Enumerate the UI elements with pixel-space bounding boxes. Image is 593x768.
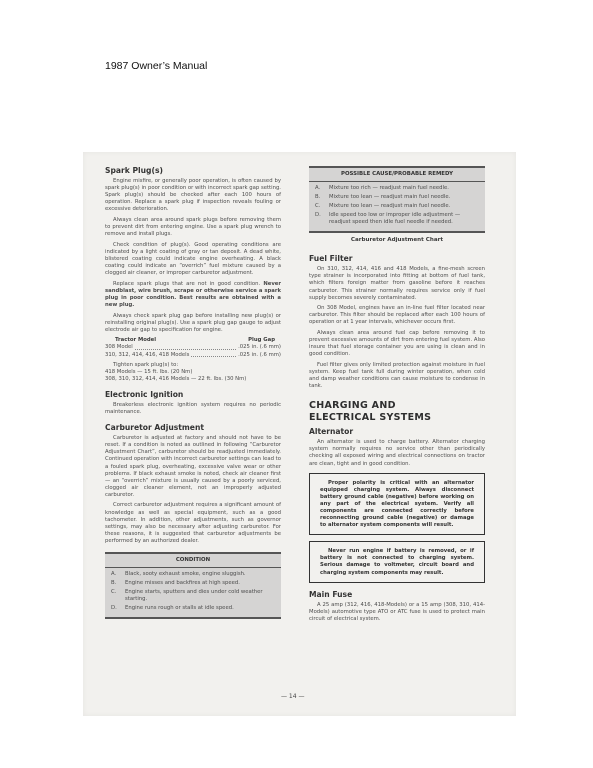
table-row: D.Engine runs rough or stalls at idle sp…	[111, 605, 275, 612]
replace-plain-text: Replace spark plugs that are not in good…	[113, 281, 260, 287]
leader-dots	[135, 344, 236, 349]
table-row: D.Idle speed too low or improper idle ad…	[315, 212, 479, 227]
row-text: Engine misses and backfires at high spee…	[125, 580, 275, 587]
torque-row: 418 Models — 15 ft. lbs. (20 Nm)	[105, 369, 281, 376]
remedy-table: POSSIBLE CAUSE/PROBABLE REMEDY A.Mixture…	[309, 166, 485, 233]
paragraph: Engine misfire, or generally poor operat…	[105, 178, 281, 213]
row-key: A.	[315, 185, 329, 192]
fuel-filter-section: Fuel Filter On 310, 312, 414, 416 and 41…	[309, 254, 485, 390]
gap-cell: .025 in. (.6 mm)	[238, 344, 281, 351]
row-text: Mixture too lean — readjust main fuel ne…	[329, 194, 479, 201]
row-text: Engine starts, sputters and dies under c…	[125, 589, 275, 604]
row-key: A.	[111, 571, 125, 578]
right-column: POSSIBLE CAUSE/PROBABLE REMEDY A.Mixture…	[309, 166, 485, 630]
table-row: 310, 312, 414, 416, 418 Models .025 in. …	[105, 352, 281, 359]
main-fuse-section: Main Fuse A 25 amp (312, 416, 418-Models…	[309, 590, 485, 623]
warning-text: Proper polarity is critical with an alte…	[320, 480, 474, 530]
col-tractor-model: Tractor Model	[115, 337, 156, 344]
carburetor-heading: Carburetor Adjustment	[105, 423, 281, 433]
paragraph: An alternator is used to charge battery.…	[309, 439, 485, 467]
row-key: D.	[315, 212, 329, 227]
condition-table: CONDITION A.Black, sooty exhaust smoke, …	[105, 552, 281, 619]
paragraph: Always clean area around fuel cap before…	[309, 330, 485, 358]
scanned-manual-page: Spark Plug(s) Engine misfire, or general…	[83, 152, 516, 716]
carburetor-section: Carburetor Adjustment Carburetor is adju…	[105, 423, 281, 545]
battery-warning-box: Never run engine if battery is removed, …	[309, 541, 485, 582]
paragraph: Always check spark plug gap before insta…	[105, 313, 281, 334]
row-key: C.	[111, 589, 125, 604]
row-text: Engine runs rough or stalls at idle spee…	[125, 605, 275, 612]
table-row: B.Engine misses and backfires at high sp…	[111, 580, 275, 587]
electronic-ignition-heading: Electronic Ignition	[105, 390, 281, 400]
model-cell: 310, 312, 414, 416, 418 Models	[105, 352, 189, 359]
paragraph: A 25 amp (312, 416, 418-Models) or a 15 …	[309, 602, 485, 623]
spark-plugs-heading: Spark Plug(s)	[105, 166, 281, 176]
table-row: A.Black, sooty exhaust smoke, engine slu…	[111, 571, 275, 578]
polarity-warning-box: Proper polarity is critical with an alte…	[309, 473, 485, 536]
replace-paragraph: Replace spark plugs that are not in good…	[105, 281, 281, 309]
torque-specs: Tighten spark plug(s) to: 418 Models — 1…	[105, 362, 281, 383]
gap-cell: .025 in. (.6 mm)	[238, 352, 281, 359]
table-row: B.Mixture too lean — readjust main fuel …	[315, 194, 479, 201]
table-row: A.Mixture too rich — readjust main fuel …	[315, 185, 479, 192]
table-row: 308 Model .025 in. (.6 mm)	[105, 344, 281, 351]
heading-line: ELECTRICAL SYSTEMS	[309, 412, 431, 423]
alternator-section: Alternator An alternator is used to char…	[309, 427, 485, 582]
document-title: 1987 Owner’s Manual	[105, 60, 207, 72]
row-text: Mixture too lean — readjust main fuel ne…	[329, 203, 479, 210]
plug-gap-table: Tractor Model Plug Gap 308 Model .025 in…	[105, 337, 281, 358]
table-row: C.Engine starts, sputters and dies under…	[111, 589, 275, 604]
paragraph: Carburetor is adjusted at factory and sh…	[105, 435, 281, 499]
page-number: — 14 —	[281, 693, 304, 700]
row-key: D.	[111, 605, 125, 612]
row-key: B.	[111, 580, 125, 587]
paragraph: On 310, 312, 414, 416 and 418 Models, a …	[309, 266, 485, 301]
col-plug-gap: Plug Gap	[248, 337, 275, 344]
charging-heading: CHARGING ANDELECTRICAL SYSTEMS	[309, 400, 485, 424]
alternator-heading: Alternator	[309, 427, 485, 437]
paragraph: Always clean area around spark plugs bef…	[105, 217, 281, 238]
charging-section-title: CHARGING ANDELECTRICAL SYSTEMS	[309, 400, 485, 424]
row-key: C.	[315, 203, 329, 210]
torque-row: 308, 310, 312, 414, 416 Models — 22 ft. …	[105, 376, 281, 383]
row-key: B.	[315, 194, 329, 201]
spark-plugs-section: Spark Plug(s) Engine misfire, or general…	[105, 166, 281, 383]
chart-caption: Carburetor Adjustment Chart	[309, 237, 485, 244]
paragraph: Correct carburetor adjustment requires a…	[105, 502, 281, 545]
warning-text: Never run engine if battery is removed, …	[320, 548, 474, 576]
paragraph: Fuel filter gives only limited protectio…	[309, 362, 485, 390]
leader-dots	[191, 352, 236, 357]
model-cell: 308 Model	[105, 344, 133, 351]
paragraph: Check condition of plug(s). Good operati…	[105, 242, 281, 277]
table-row: C.Mixture too lean — readjust main fuel …	[315, 203, 479, 210]
heading-line: CHARGING AND	[309, 400, 396, 411]
row-text: Black, sooty exhaust smoke, engine slugg…	[125, 571, 275, 578]
plug-gap-table-header: Tractor Model Plug Gap	[105, 337, 281, 344]
left-column: Spark Plug(s) Engine misfire, or general…	[105, 166, 281, 622]
torque-label: Tighten spark plug(s) to:	[105, 362, 281, 369]
row-text: Idle speed too low or improper idle adju…	[329, 212, 479, 227]
paragraph: Breakerless electronic ignition system r…	[105, 402, 281, 416]
condition-table-header: CONDITION	[105, 554, 281, 568]
fuel-filter-heading: Fuel Filter	[309, 254, 485, 264]
remedy-table-header: POSSIBLE CAUSE/PROBABLE REMEDY	[309, 168, 485, 182]
paragraph: On 308 Model, engines have an in-line fu…	[309, 305, 485, 326]
main-fuse-heading: Main Fuse	[309, 590, 485, 600]
row-text: Mixture too rich — readjust main fuel ne…	[329, 185, 479, 192]
electronic-ignition-section: Electronic Ignition Breakerless electron…	[105, 390, 281, 416]
